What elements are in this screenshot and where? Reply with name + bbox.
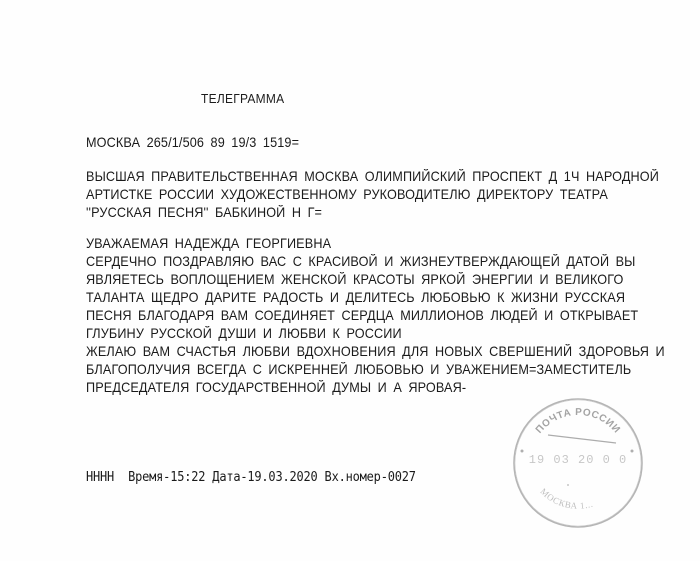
body-line: ГЛУБИНУ РУССКОЙ ДУШИ И ЛЮБВИ К РОССИИ [86,325,402,343]
body-line: ПЕСНЯ БЛАГОДАРЯ ВАМ СОЕДИНЯЕТ СЕРДЦА МИЛ… [86,307,638,325]
footer-metadata: НННН Время-15:22 Дата-19.03.2020 Вх.номе… [86,470,416,485]
postal-stamp-icon: ПОЧТА РОССИИ 19 03 20 0 0 МОСКВА 1... [508,393,648,533]
stamp-date-text: 19 03 20 0 0 [529,453,627,467]
address-line: ВЫСШАЯ ПРАВИТЕЛЬСТВЕННАЯ МОСКВА ОЛИМПИЙС… [86,168,659,186]
stamp-bottom-text: МОСКВА 1... [538,486,594,511]
greeting-line: УВАЖАЕМАЯ НАДЕЖДА ГЕОРГИЕВНА [86,235,331,253]
body-line: СЕРДЕЧНО ПОЗДРАВЛЯЮ ВАС С КРАСИВОЙ И ЖИЗ… [86,253,636,271]
document-title: ТЕЛЕГРАММА [201,91,284,106]
body-line: БЛАГОПОЛУЧИЯ ВСЕГДА С ИСКРЕННЕЙ ЛЮБОВЬЮ … [86,361,631,379]
svg-text:МОСКВА 1...: МОСКВА 1... [538,486,594,511]
svg-text:ПОЧТА РОССИИ: ПОЧТА РОССИИ [534,407,622,436]
stamp-top-text: ПОЧТА РОССИИ [534,407,622,436]
body-line: ТАЛАНТА ЩЕДРО ДАРИТЕ РАДОСТЬ И ДЕЛИТЕСЬ … [86,289,625,307]
address-line: ''РУССКАЯ ПЕСНЯ'' БАБКИНОЙ Н Г= [86,204,322,222]
telegram-page: ТЕЛЕГРАММА МОСКВА 265/1/506 89 19/3 1519… [0,0,700,561]
body-line: ЖЕЛАЮ ВАМ СЧАСТЬЯ ЛЮБВИ ВДОХНОВЕНИЯ ДЛЯ … [86,343,665,361]
signature-line: ПРЕДСЕДАТЕЛЯ ГОСУДАРСТВЕННОЙ ДУМЫ И А ЯР… [86,379,466,397]
address-line: АРТИСТКЕ РОССИИ ХУДОЖЕСТВЕННОМУ РУКОВОДИ… [86,186,608,204]
header-line: МОСКВА 265/1/506 89 19/3 1519= [86,134,299,152]
body-line: ЯВЛЯЕТЕСЬ ВОПЛОЩЕНИЕМ ЖЕНСКОЙ КРАСОТЫ ЯР… [86,271,624,289]
